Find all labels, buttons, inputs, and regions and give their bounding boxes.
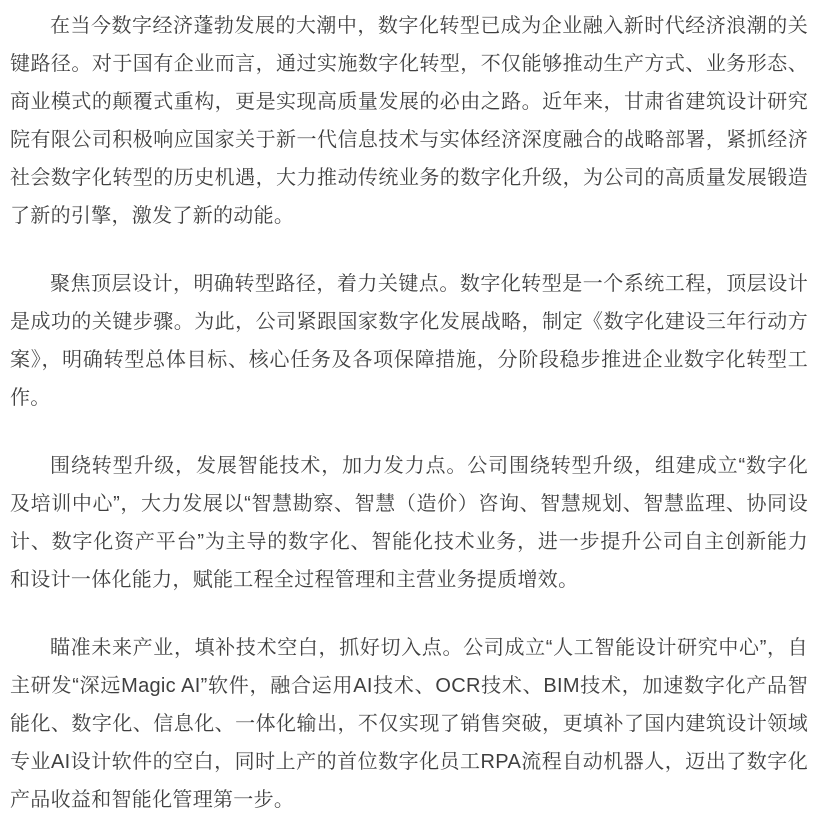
paragraph-future-industry: 瞄准未来产业，填补技术空白，抓好切入点。公司成立“人工智能设计研究中心”，自主研…	[10, 629, 808, 819]
paragraph-transformation-upgrade: 围绕转型升级，发展智能技术，加力发力点。公司围绕转型升级，组建成立“数字化及培训…	[10, 447, 808, 599]
article-page: 在当今数字经济蓬勃发展的大潮中，数字化转型已成为企业融入新时代经济浪潮的关键路径…	[0, 0, 820, 835]
paragraph-top-level-design: 聚焦顶层设计，明确转型路径，着力关键点。数字化转型是一个系统工程，顶层设计是成功…	[10, 265, 808, 417]
paragraph-intro: 在当今数字经济蓬勃发展的大潮中，数字化转型已成为企业融入新时代经济浪潮的关键路径…	[10, 7, 808, 235]
